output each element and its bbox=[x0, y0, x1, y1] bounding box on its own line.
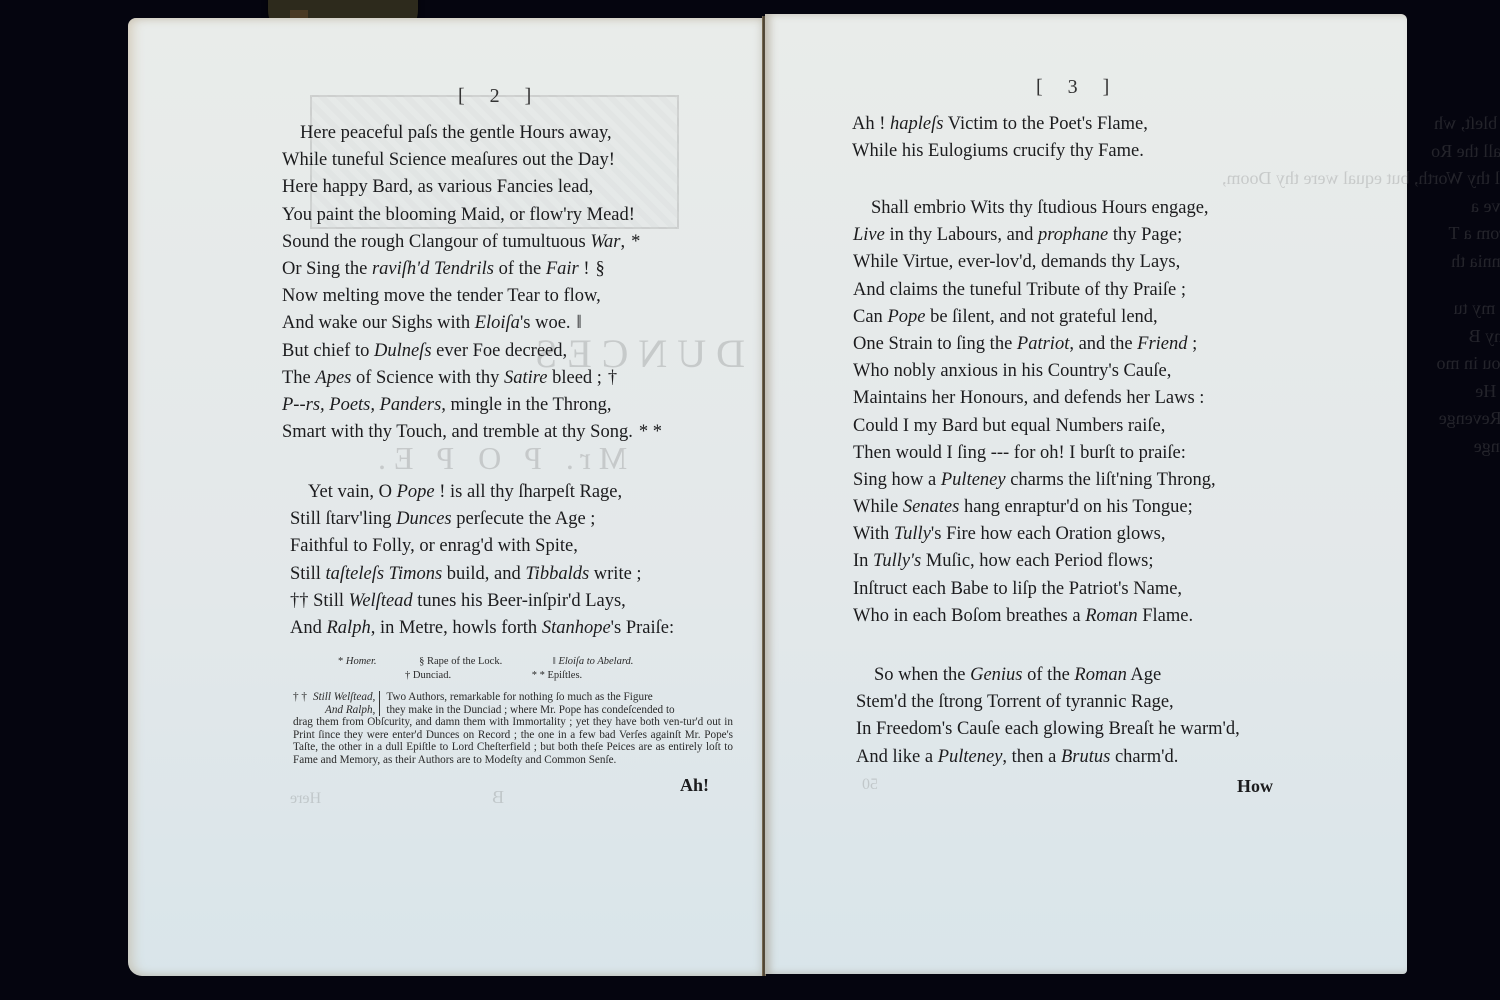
footnote-mark: † bbox=[608, 368, 617, 388]
notes-row-1: * Homer. § Rape of the Lock. ‖ Eloiſa to… bbox=[338, 656, 633, 667]
verse-line: Yet vain, O Pope ! is all thy ſharpeſt R… bbox=[290, 479, 674, 506]
verse-line: Now melting move the tender Tear to flow… bbox=[282, 283, 662, 310]
page-number-left: [ 2 ] bbox=[458, 85, 541, 108]
verse-line: Shall embrio Wits thy ſtudious Hours eng… bbox=[853, 195, 1216, 222]
verse-line: While his Eulogiums crucify thy Fame. bbox=[852, 138, 1148, 165]
verse-line: Inſtruct each Babe to liſp the Patriot's… bbox=[853, 576, 1216, 603]
verse-line: In Tully's Muſic, how each Period flows; bbox=[853, 548, 1216, 575]
verse-line: Sound the rough Clangour of tumultuous W… bbox=[282, 229, 662, 256]
verse-line: Live in thy Labours, and prophane thy Pa… bbox=[853, 222, 1216, 249]
left-stanza-1: Here peaceful paſs the gentle Hours away… bbox=[282, 120, 662, 446]
verse-line: So when the Genius of the Roman Age bbox=[856, 662, 1240, 689]
verse-line: And wake our Sighs with Eloiſa's woe.‖ bbox=[282, 310, 662, 337]
left-stanza-2: Yet vain, O Pope ! is all thy ſharpeſt R… bbox=[290, 479, 674, 642]
verse-line: While tuneful Science meaſures out the D… bbox=[282, 147, 662, 174]
verse-line: Here happy Bard, as various Fancies lead… bbox=[282, 174, 662, 201]
verse-line: One Strain to ſing the Patriot, and the … bbox=[853, 331, 1216, 358]
catchword-right: How bbox=[1237, 776, 1273, 797]
footnote-welstead-ralph: † † Still Welſtead,And Ralph, Two Author… bbox=[293, 691, 733, 767]
page-number-right: [ 3 ] bbox=[1036, 76, 1119, 99]
footnote-mark: ‖ bbox=[577, 313, 582, 333]
verse-line: Ah ! hapleſs Victim to the Poet's Flame, bbox=[852, 111, 1148, 138]
right-stanza-1: Ah ! hapleſs Victim to the Poet's Flame,… bbox=[852, 111, 1148, 165]
footnote-mark: * * bbox=[639, 422, 662, 442]
verse-line: Or Sing the raviſh'd Tendrils of the Fai… bbox=[282, 256, 662, 283]
verse-line: And like a Pulteney, then a Brutus charm… bbox=[856, 744, 1240, 771]
verse-line: Who nobly anxious in his Country's Cauſe… bbox=[853, 358, 1216, 385]
verse-line: And claims the tuneful Tribute of thy Pr… bbox=[853, 277, 1216, 304]
verse-line: Who in each Boſom breathes a Roman Flame… bbox=[853, 603, 1216, 630]
verse-line: Faithful to Folly, or enrag'd with Spite… bbox=[290, 533, 674, 560]
verse-line: But chief to Dulneſs ever Foe decreed, bbox=[282, 338, 662, 365]
footnote-mark: * bbox=[631, 232, 640, 252]
verse-line: Here peaceful paſs the gentle Hours away… bbox=[282, 120, 662, 147]
verse-line: Still ſtarv'ling Dunces perſecute the Ag… bbox=[290, 506, 674, 533]
verse-line: And Ralph, in Metre, howls forth Stanhop… bbox=[290, 615, 674, 642]
verse-line: Maintains her Honours, and defends her L… bbox=[853, 385, 1216, 412]
verse-line: While Virtue, ever-lov'd, demands thy La… bbox=[853, 249, 1216, 276]
verse-line: Stem'd the ſtrong Torrent of tyrannic Ra… bbox=[856, 689, 1240, 716]
bleed-through-page-number: 50 bbox=[862, 776, 878, 794]
right-stanza-3: So when the Genius of the Roman Age Stem… bbox=[856, 662, 1240, 771]
verse-line: Can Pope be ſilent, and not grateful len… bbox=[853, 304, 1216, 331]
verse-line: The Apes of Science with thy Satire blee… bbox=[282, 365, 662, 392]
verse-line: While Senates hang enraptur'd on his Ton… bbox=[853, 494, 1216, 521]
footnote-mark: § bbox=[596, 259, 605, 279]
verse-line: †† Still Welſtead tunes his Beer-inſpir'… bbox=[290, 588, 674, 615]
verse-line: Still taſteleſs Timons build, and Tibbal… bbox=[290, 561, 674, 588]
verse-line: Then would I ſing --- for oh! I burſt to… bbox=[853, 440, 1216, 467]
catchword-left: Ah! bbox=[680, 775, 709, 796]
verse-line: In Freedom's Cauſe each glowing Breaſt h… bbox=[856, 716, 1240, 743]
bleed-through-right: How bleſt, wh And all the Ro Equal thy W… bbox=[1222, 110, 1500, 460]
verse-line: With Tully's Fire how each Oration glows… bbox=[853, 521, 1216, 548]
verse-line: P--rs, Poets, Panders, mingle in the Thr… bbox=[282, 392, 662, 419]
verse-line: Could I my Bard but equal Numbers raiſe, bbox=[853, 413, 1216, 440]
verse-line: Sing how a Pulteney charms the liſt'ning… bbox=[853, 467, 1216, 494]
bleed-through-catchword: Here bbox=[290, 790, 321, 808]
notes-row-2: † Dunciad. * * Epiſtles. bbox=[405, 670, 582, 681]
verse-line: Smart with thy Touch, and tremble at thy… bbox=[282, 419, 662, 446]
verse-line: You paint the blooming Maid, or flow'ry … bbox=[282, 202, 662, 229]
right-stanza-2: Shall embrio Wits thy ſtudious Hours eng… bbox=[853, 195, 1216, 630]
bleed-through-signature: B bbox=[492, 787, 504, 808]
